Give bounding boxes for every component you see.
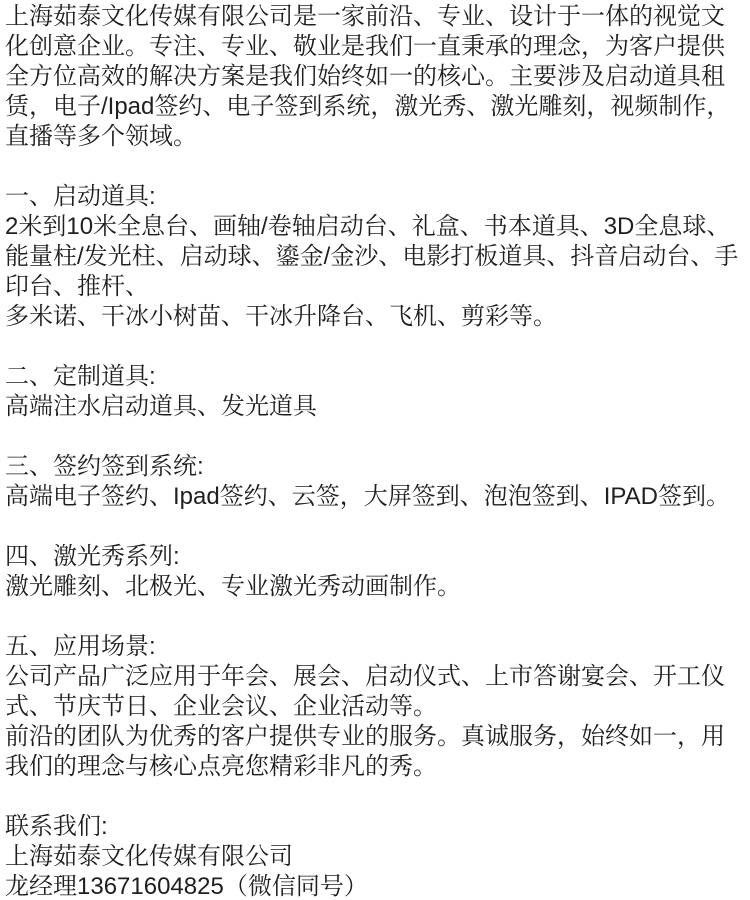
section-custom-props-heading: 二、定制道具: — [5, 362, 745, 392]
section-use-cases-heading: 五、应用场景: — [5, 632, 745, 662]
section-signing-systems-body: 高端电子签约、Ipad签约、云签，大屏签到、泡泡签到、IPAD签到。 — [5, 482, 745, 512]
section-launch-props-heading: 一、启动道具: — [5, 182, 745, 212]
section-custom-props: 二、定制道具: 高端注水启动道具、发光道具 — [5, 362, 745, 422]
product-description-page: 上海茹泰文化传媒有限公司是一家前沿、专业、设计于一体的视觉文化创意企业。专注、专… — [0, 0, 750, 900]
section-custom-props-body: 高端注水启动道具、发光道具 — [5, 392, 745, 422]
section-laser-show-heading: 四、激光秀系列: — [5, 542, 745, 572]
section-signing-systems: 三、签约签到系统: 高端电子签约、Ipad签约、云签，大屏签到、泡泡签到、IPA… — [5, 452, 745, 512]
contact-manager-phone: 龙经理13671604825（微信同号） — [5, 872, 745, 900]
section-laser-show: 四、激光秀系列: 激光雕刻、北极光、专业激光秀动画制作。 — [5, 542, 745, 602]
contact-company-name: 上海茹泰文化传媒有限公司 — [5, 842, 745, 872]
section-laser-show-body: 激光雕刻、北极光、专业激光秀动画制作。 — [5, 572, 745, 602]
section-signing-systems-heading: 三、签约签到系统: — [5, 452, 745, 482]
company-intro-paragraph: 上海茹泰文化传媒有限公司是一家前沿、专业、设计于一体的视觉文化创意企业。专注、专… — [5, 2, 745, 152]
section-use-cases: 五、应用场景: 公司产品广泛应用于年会、展会、启动仪式、上市答谢宴会、开工仪式、… — [5, 632, 745, 782]
section-use-cases-body: 公司产品广泛应用于年会、展会、启动仪式、上市答谢宴会、开工仪式、节庆节日、企业会… — [5, 662, 745, 782]
section-launch-props-body: 2米到10米全息台、画轴/卷轴启动台、礼盒、书本道具、3D全息球、能量柱/发光柱… — [5, 212, 745, 332]
section-launch-props: 一、启动道具: 2米到10米全息台、画轴/卷轴启动台、礼盒、书本道具、3D全息球… — [5, 182, 745, 332]
contact-heading: 联系我们: — [5, 812, 745, 842]
contact-block: 联系我们: 上海茹泰文化传媒有限公司 龙经理13671604825（微信同号） — [5, 812, 745, 900]
